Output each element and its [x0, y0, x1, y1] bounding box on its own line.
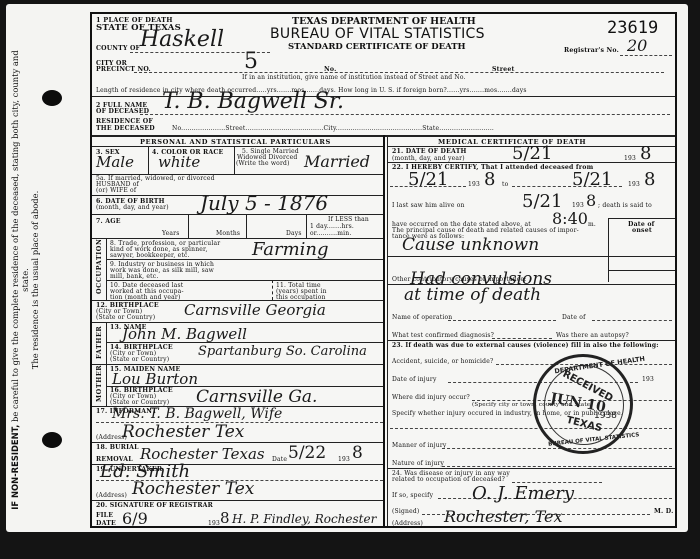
undertaker-address: Rochester Tex [132, 480, 254, 498]
county-label: COUNTY OF [96, 45, 140, 52]
file-date: 6/9 [122, 510, 148, 527]
attended-from-year: 8 [484, 170, 495, 190]
days-label: Days [286, 230, 302, 237]
date-of-death-label: 21. DATE OF DEATH [392, 148, 467, 155]
street-label: Street [492, 66, 515, 73]
registrar-signature-label: 20. SIGNATURE OF REGISTRAR [96, 502, 213, 509]
death-certificate-form: 1 PLACE OF DEATH STATE OF TEXAS TEXAS DE… [90, 12, 677, 528]
occupation-question-2: related to occupation of deceased? [392, 476, 505, 483]
attended-from: 5/21 [408, 170, 448, 190]
no-label: No. [324, 66, 336, 73]
registrar-line [620, 55, 672, 56]
cell-divider [272, 280, 273, 300]
father-birthplace-value: Spartanburg So. Carolina [198, 344, 367, 360]
time-of-death: 8:40 [552, 210, 588, 228]
dob-value: July 5 - 1876 [200, 192, 328, 214]
physician-address-label: (Address) [392, 520, 423, 527]
burial-label: 18. BURIAL [96, 444, 139, 451]
age-label: 7. AGE [96, 218, 121, 225]
residence-label: RESIDENCE OF [96, 118, 153, 125]
years-label: Years [162, 230, 180, 237]
injury-year-label: 193 [642, 376, 654, 383]
bureau-title: BUREAU OF VITAL STATISTICS [270, 26, 485, 42]
punch-hole-bottom [42, 432, 62, 448]
last-saw-label: I last saw him alive on [392, 202, 465, 209]
received-stamp: DEPARTMENT OF HEALTH RECEIVED JUN 10 193… [533, 354, 633, 454]
dod-year-prefix: 193 [624, 155, 636, 162]
external-causes-label: 23. If death was due to external causes … [392, 342, 659, 349]
registrar-no-value: 20 [627, 38, 647, 54]
undertaker-address-label: (Address) [96, 492, 127, 499]
father-divider [106, 322, 107, 364]
months-label: Months [216, 230, 240, 237]
attended-to: 5/21 [572, 170, 612, 190]
divider [106, 259, 383, 260]
file-year-prefix: 193 [208, 520, 220, 527]
attended-from-line [390, 186, 466, 187]
mother-divider [106, 364, 107, 406]
date-of-death-sublabel: (month, day, and year) [392, 155, 465, 162]
less-than-label-3: or..........min. [310, 230, 351, 237]
divider [92, 442, 383, 443]
birthplace-value: Carnsville Georgia [184, 302, 326, 318]
mother-birthplace-state-label: (State or Country) [110, 399, 169, 406]
deceased-name: T. B. Bagwell Sr. [162, 90, 344, 114]
nature-line [442, 466, 672, 467]
burial-year-prefix: 193 [338, 456, 350, 463]
nature-label: Nature of injury [392, 460, 444, 467]
onset-label-2: onset [632, 227, 652, 234]
attended-to-year: 8 [644, 170, 655, 190]
manner-label: Manner of injury [392, 442, 446, 449]
burial-year: 8 [352, 444, 363, 462]
personal-section-title: PERSONAL AND STATISTICAL PARTICULARS [140, 138, 331, 146]
mother-vertical-label: MOTHER [95, 365, 103, 402]
last-saw-year-prefix: 193 [572, 202, 584, 209]
mother-birthplace-value: Carnsville Ga. [196, 388, 317, 406]
father-birthplace-state-label: (State or Country) [110, 356, 169, 363]
dod-year: 8 [640, 144, 651, 164]
county-value: Haskell [140, 28, 224, 52]
md-label: M. D. [654, 508, 673, 515]
divider [92, 500, 383, 501]
certificate-title: STANDARD CERTIFICATE OF DEATH [288, 42, 466, 52]
dob-sublabel: (month, day, and year) [96, 204, 169, 211]
punch-hole-top [42, 90, 62, 106]
registrar-no-label: Registrar's No. [564, 47, 619, 54]
diagnosis-line [492, 338, 552, 339]
signed-label: (Signed) [392, 508, 419, 515]
from-year-prefix: 193 [468, 181, 480, 188]
onset-line [608, 270, 675, 271]
last-saw-year: 8 [586, 192, 596, 210]
stamp-year: 1938 [594, 411, 617, 421]
divider [92, 364, 383, 365]
operation-date-label: Date of [562, 314, 586, 321]
residence-label-2: THE DECEASED [96, 125, 155, 132]
less-than-label-1: If LESS than [328, 216, 369, 223]
if-so-label: If so, specify [392, 492, 433, 499]
trade-label-3: sawyer, bookkeeper, etc. [110, 252, 190, 259]
institution-note: If in an institution, give name of insti… [242, 74, 466, 81]
to-label: to [502, 181, 508, 188]
race-value: white [158, 154, 200, 170]
divider [387, 162, 675, 163]
injury-specify-line [390, 428, 672, 429]
burial-place: Rochester Texas [140, 446, 265, 462]
cell-divider [306, 214, 307, 238]
spouse-label-3: (or) WIFE of [96, 187, 136, 194]
precinct-value: 5 [244, 50, 258, 74]
column-divider [383, 135, 385, 526]
registrar-signature: H. P. Findley, Rochester [232, 511, 376, 527]
trade-value: Farming [252, 240, 329, 260]
occupation-divider [106, 238, 107, 300]
marital-label-c: (Write the word) [236, 160, 290, 167]
sex-value: Male [96, 154, 134, 170]
informant-name: Mrs. T. B. Bagwell, Wife [112, 406, 282, 422]
file-year: 8 [220, 510, 230, 526]
divider [92, 146, 383, 147]
onset-top [608, 218, 675, 219]
precinct-line [134, 72, 664, 73]
operation-label: Name of operation [392, 314, 452, 321]
burial-date: 5/22 [288, 444, 326, 462]
cell-divider [148, 146, 149, 174]
divider [106, 342, 383, 343]
divider [92, 214, 383, 215]
mother-maiden-value: Lou Burton [112, 371, 198, 387]
onset-divider [608, 218, 609, 282]
autopsy-label: Was there an autopsy? [556, 332, 629, 339]
divider [387, 468, 675, 469]
divider [92, 238, 383, 239]
father-name-value: John M. Bagwell [122, 326, 247, 342]
to-year-prefix: 193 [628, 181, 640, 188]
residence-fields: No.....................Street...........… [172, 125, 494, 132]
physician-address: Rochester, Tex [444, 508, 563, 526]
manner-line [442, 448, 672, 449]
father-vertical-label: FATHER [95, 326, 103, 359]
informant-address: Rochester Tex [122, 423, 244, 441]
other-causes-line-2: at time of death [404, 286, 541, 304]
divider [92, 322, 383, 323]
divider [106, 280, 383, 281]
date-of-death-value: 5/21 [512, 144, 552, 164]
death-said-label: ; death is said to [598, 202, 652, 209]
attended-to-line [512, 186, 622, 187]
divider [387, 340, 675, 341]
name-line [140, 114, 670, 115]
diagnosis-label: What test confirmed diagnosis? [392, 332, 494, 339]
m-label: m. [588, 221, 596, 228]
burial-date-label: Date [272, 456, 287, 463]
operation-date-line [592, 320, 672, 321]
marital-status-value: Married [304, 154, 370, 170]
physician-signature: O. J. Emery [472, 484, 574, 504]
cell-divider [246, 214, 247, 238]
injury-date-label: Date of injury [392, 376, 437, 383]
file-label: FILE [96, 512, 113, 519]
injury-where-label: Where did injury occur? [392, 394, 470, 401]
cell-divider [188, 214, 189, 238]
margin-instruction: IF NON-RESIDENT, be careful to give the … [10, 40, 40, 520]
occupation-vertical-label: OCCUPATION [95, 239, 103, 294]
birthplace-state-label: (State or Country) [96, 314, 155, 321]
cell-divider [234, 146, 235, 174]
operation-line [448, 320, 556, 321]
less-than-label-2: 1 day.......hrs. [310, 223, 354, 230]
principal-cause-value: Cause unknown [402, 236, 539, 254]
industry-label-3: mill, bank, etc. [110, 273, 158, 280]
accident-label: Accident, suicide, or homicide? [392, 358, 493, 365]
date-label: DATE [96, 520, 116, 527]
certificate-number: 23619 [607, 18, 658, 38]
divider [387, 256, 675, 257]
